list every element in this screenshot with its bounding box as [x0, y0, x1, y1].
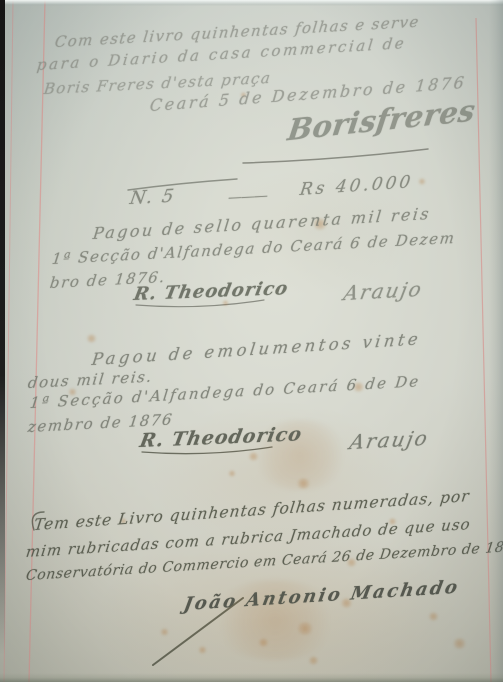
left-margin-line-inner: [29, 0, 45, 682]
photo-edge-top: [0, 0, 503, 6]
page-edge-shadow-right: [489, 0, 503, 682]
machado-paraph-stroke: [153, 598, 243, 665]
theodorico-underline-1: [136, 300, 264, 307]
left-margin-line-outer: [4, 0, 13, 682]
photo-edge-bottom: [0, 673, 503, 682]
document-photo: Com este livro quinhentas folhas e serve…: [0, 0, 503, 682]
opening-signature-underline: [243, 149, 428, 163]
book-gutter-left: [0, 0, 5, 682]
number-overline-stroke: [128, 179, 237, 190]
ruled-lines-and-pen-strokes: [0, 0, 503, 682]
theodorico-underline-2: [142, 447, 272, 454]
closing-initial-flourish: [32, 512, 44, 530]
